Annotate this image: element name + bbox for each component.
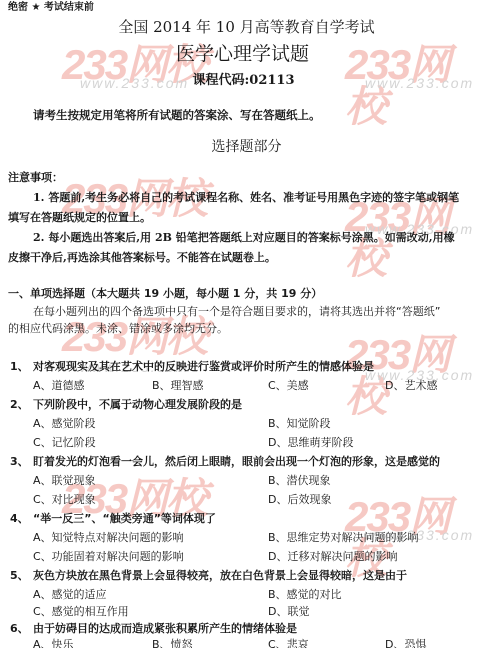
option-b: B、感觉的对比 [268, 589, 342, 600]
option-c: C、美感 [268, 380, 309, 391]
question-number: 1、 [10, 361, 29, 372]
notes-label: 注意事项： [8, 172, 63, 183]
option-b: B、思维定势对解决问题的影响 [268, 532, 419, 543]
option-d: D、恐惧 [385, 639, 426, 648]
question-stem: 盯着发光的灯泡看一会儿，然后闭上眼睛，眼前会出现一个灯泡的形象，这是感觉的 [33, 456, 440, 467]
question-stem: “举一反三”、“触类旁通”等词体现了 [33, 513, 216, 524]
option-b: B、愤怒 [152, 639, 193, 648]
option-d: D、联觉 [268, 606, 309, 617]
question-stem: 由于妨碍目的达成而造成紧张积累所产生的情绪体验是 [33, 623, 297, 634]
page-title: 医学心理学试题 [0, 45, 485, 64]
answer-instruction: 请考生按规定用笔将所有试题的答案涂、写在答题纸上。 [33, 110, 321, 122]
question-number: 2、 [10, 399, 29, 410]
question-number: 5、 [10, 570, 29, 581]
option-d: D、后效现象 [268, 494, 331, 505]
option-a: A、知觉特点对解决问题的影响 [33, 532, 184, 543]
option-d: D、艺术感 [385, 380, 437, 391]
part-one-heading: 一、单项选择题（本大题共 19 小题，每小题 1 分，共 19 分） [8, 288, 322, 299]
option-b: B、理智感 [152, 380, 204, 391]
part-one-desc-1: 在每小题列出的四个备选项中只有一个是符合题目要求的，请将其选出并将“答题纸” [33, 306, 440, 317]
option-c: C、对比现象 [33, 494, 96, 505]
part-one-desc-2: 的相应代码涂黑。未涂、错涂或多涂均无分。 [8, 323, 228, 334]
section-title: 选择题部分 [0, 140, 485, 154]
question-stem: 下列阶段中，不属于动物心理发展阶段的是 [33, 399, 242, 410]
question-number: 6、 [10, 623, 29, 634]
note-2-line-1: 2. 每小题选出答案后,用 2B 铅笔把答题纸上对应题目的答案标号涂黑。如需改动… [33, 232, 455, 243]
option-d: D、迁移对解决问题的影响 [268, 551, 397, 562]
option-a: A、感觉的适应 [33, 589, 107, 600]
question-number: 4、 [10, 513, 29, 524]
note-1-line-1: 1. 答题前,考生务必将自己的考试课程名称、姓名、准考证号用黑色字迹的签字笔或钢… [33, 192, 459, 203]
question-number: 3、 [10, 456, 29, 467]
option-a: A、道德感 [33, 380, 85, 391]
option-c: C、悲哀 [268, 639, 309, 648]
option-c: C、记忆阶段 [33, 437, 96, 448]
confidential-label: 绝密 ★ 考试结束前 [8, 3, 94, 13]
option-b: B、知觉阶段 [268, 418, 331, 429]
note-2-line-2: 皮擦干净后,再选涂其他答案标号。不能答在试题卷上。 [8, 252, 276, 263]
option-d: D、思维萌芽阶段 [268, 437, 353, 448]
note-1-line-2: 填写在答题纸规定的位置上。 [8, 212, 151, 223]
option-b: B、潜伏现象 [268, 475, 331, 486]
watermark-logo: 233网校 [345, 334, 485, 418]
option-c: C、功能固着对解决问题的影响 [33, 551, 184, 562]
option-a: A、联觉现象 [33, 475, 96, 486]
option-a: A、快乐 [33, 639, 74, 648]
question-stem: 灰色方块放在黑色背景上会显得较亮，放在白色背景上会显得较暗，这是由于 [33, 570, 407, 581]
exam-page: 233网校 www.233.com 233网校 www.233.com 233网… [0, 0, 485, 648]
course-code: 课程代码:02113 [0, 74, 485, 87]
exam-name: 全国 2014 年 10 月高等教育自学考试 [0, 20, 485, 35]
option-c: C、感觉的相互作用 [33, 606, 129, 617]
option-a: A、感觉阶段 [33, 418, 96, 429]
question-stem: 对客观现实及其在艺术中的反映进行鉴赏或评价时所产生的情感体验是 [33, 361, 374, 372]
